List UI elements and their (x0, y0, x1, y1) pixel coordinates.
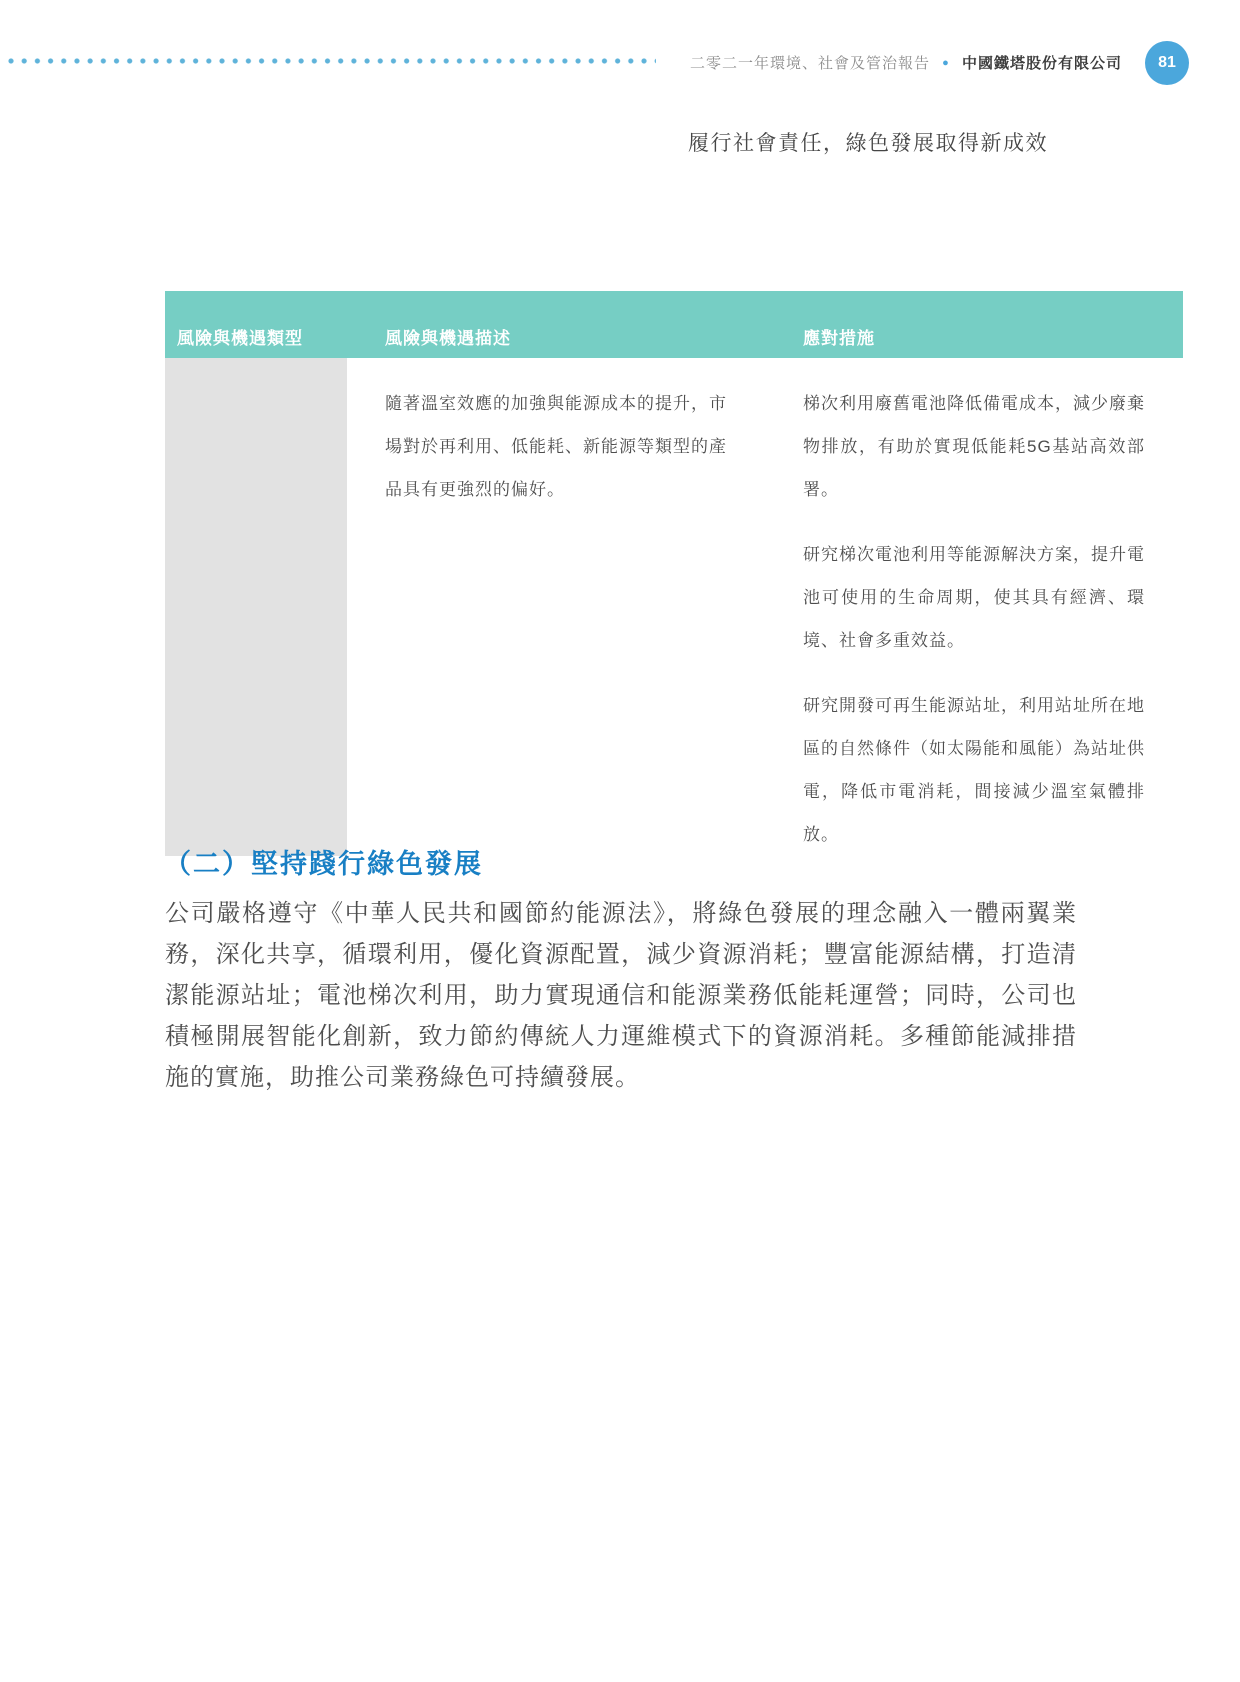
risk-description-cell: 隨著溫室效應的加強與能源成本的提升，市場對於再利用、低能耗、新能源等類型的產品具… (347, 358, 765, 856)
bullet-separator-icon: ● (942, 57, 950, 69)
dotted-separator (8, 58, 656, 64)
company-name: 中國鐵塔股份有限公司 (962, 55, 1122, 72)
risk-description-text: 隨著溫室效應的加強與能源成本的提升，市場對於再利用、低能耗、新能源等類型的產品具… (385, 382, 727, 511)
column-header-risk-type: 風險與機遇類型 (165, 291, 347, 358)
report-title: 二零二一年環境、社會及管治報告 (690, 55, 930, 72)
measure-paragraph: 研究梯次電池利用等能源解決方案，提升電池可使用的生命周期，使其具有經濟、環境、社… (803, 533, 1145, 662)
risk-type-cell (165, 358, 347, 856)
section-paragraph: 公司嚴格遵守《中華人民共和國節約能源法》，將綠色發展的理念融入一體兩翼業務，深化… (165, 893, 1077, 1098)
table-header-row: 風險與機遇類型 風險與機遇描述 應對措施 (165, 291, 1183, 358)
risk-opportunity-table: 風險與機遇類型 風險與機遇描述 應對措施 隨著溫室效應的加強與能源成本的提升，市… (165, 291, 1183, 856)
running-header: 二零二一年環境、社會及管治報告 ● 中國鐵塔股份有限公司 (690, 52, 1122, 73)
page-number-badge: 81 (1145, 41, 1189, 85)
measures-cell: 梯次利用廢舊電池降低備電成本，減少廢棄物排放，有助於實現低能耗5G基站高效部署。… (765, 358, 1183, 856)
table-row: 隨著溫室效應的加強與能源成本的提升，市場對於再利用、低能耗、新能源等類型的產品具… (165, 358, 1183, 856)
column-header-measures: 應對措施 (765, 291, 1183, 358)
chapter-banner: 履行社會責任，綠色發展取得新成效 (688, 127, 1048, 157)
report-page: 二零二一年環境、社會及管治報告 ● 中國鐵塔股份有限公司 81 履行社會責任，綠… (0, 0, 1240, 1682)
measure-paragraph: 梯次利用廢舊電池降低備電成本，減少廢棄物排放，有助於實現低能耗5G基站高效部署。 (803, 382, 1145, 511)
measure-paragraph: 研究開發可再生能源站址，利用站址所在地區的自然條件（如太陽能和風能）為站址供電，… (803, 684, 1145, 856)
column-header-risk-description: 風險與機遇描述 (347, 291, 765, 358)
section-heading: （二）堅持踐行綠色發展 (164, 842, 483, 881)
